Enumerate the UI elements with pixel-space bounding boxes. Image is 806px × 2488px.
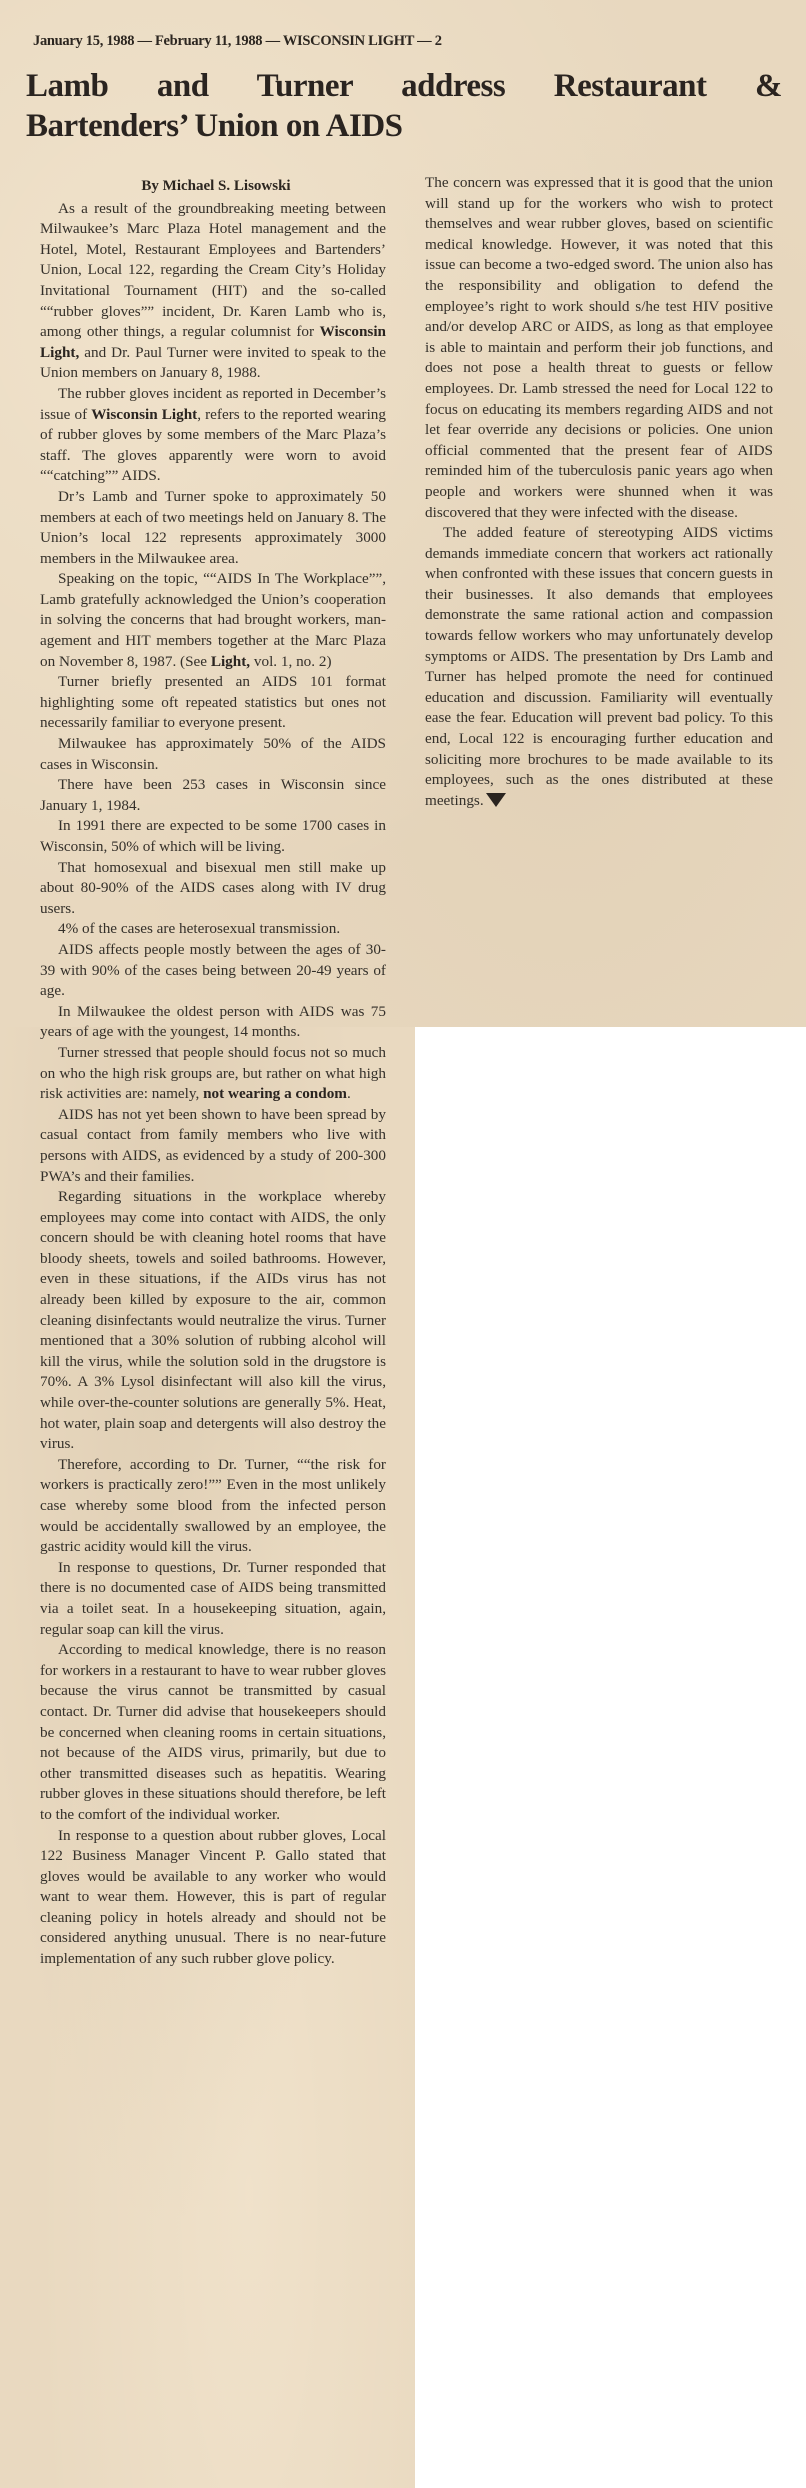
article-paragraph: Dr’s Lamb and Turner spoke to approx­ima… (40, 487, 386, 569)
bold-emphasis: Light, (211, 653, 250, 670)
headline-line-1: Lamb and Turner address Restaurant & (26, 66, 782, 106)
article-paragraph: That homosexual and bisexual men still m… (40, 858, 386, 920)
article-headline: Lamb and Turner address Restaurant & Bar… (26, 66, 782, 146)
article-paragraph: Speaking on the topic, ““AIDS In The Wor… (40, 569, 386, 672)
article-paragraph: The rubber gloves incident as reported i… (40, 384, 386, 487)
article-paragraph: The added feature of stereotyping AIDS v… (425, 523, 773, 811)
headline-line-2: Bartenders’ Union on AIDS (26, 106, 782, 146)
article-paragraph: Regarding situations in the workplace wh… (40, 1187, 386, 1455)
article-column-right: The concern was expressed that it is goo… (425, 173, 773, 811)
article-paragraph: Milwaukee has approximately 50% of the A… (40, 734, 386, 775)
article-paragraph: In Milwaukee the oldest person with AIDS… (40, 1002, 386, 1043)
end-mark-logo-icon (486, 793, 506, 807)
byline: By Michael S. Lisowski (40, 176, 386, 197)
left-column-body: As a result of the groundbreaking meetin… (40, 199, 386, 1970)
article-paragraph: AIDS has not yet been shown to have been… (40, 1105, 386, 1187)
article-paragraph: Therefore, according to Dr. Turner, ““th… (40, 1455, 386, 1558)
article-paragraph: The concern was expressed that it is goo… (425, 173, 773, 523)
article-paragraph: As a result of the groundbreaking meetin… (40, 199, 386, 384)
page-folio: January 15, 1988 — February 11, 1988 — W… (33, 33, 442, 50)
bold-emphasis: Wisconsin Light, (40, 323, 386, 361)
right-column-body: The concern was expressed that it is goo… (425, 173, 773, 811)
bold-emphasis: Wisconsin Light (91, 406, 197, 423)
article-paragraph: There have been 253 cases in Wisconsin s… (40, 775, 386, 816)
article-column-left: By Michael S. Lisowski As a result of th… (40, 176, 386, 1970)
article-paragraph: In 1991 there are expected to be some 17… (40, 816, 386, 857)
article-paragraph: In response to questions, Dr. Turner res… (40, 1558, 386, 1640)
article-paragraph: In response to a question about rubber g… (40, 1826, 386, 1970)
article-paragraph: 4% of the cases are heterosexual transmi… (40, 919, 386, 940)
article-paragraph: AIDS affects people mostly between the a… (40, 940, 386, 1002)
bold-emphasis: not wearing a condom (203, 1085, 347, 1102)
article-paragraph: According to medical knowledge, there is… (40, 1640, 386, 1825)
article-paragraph: Turner briefly presented an AIDS 101 for… (40, 672, 386, 734)
article-paragraph: Turner stressed that people should focus… (40, 1043, 386, 1105)
